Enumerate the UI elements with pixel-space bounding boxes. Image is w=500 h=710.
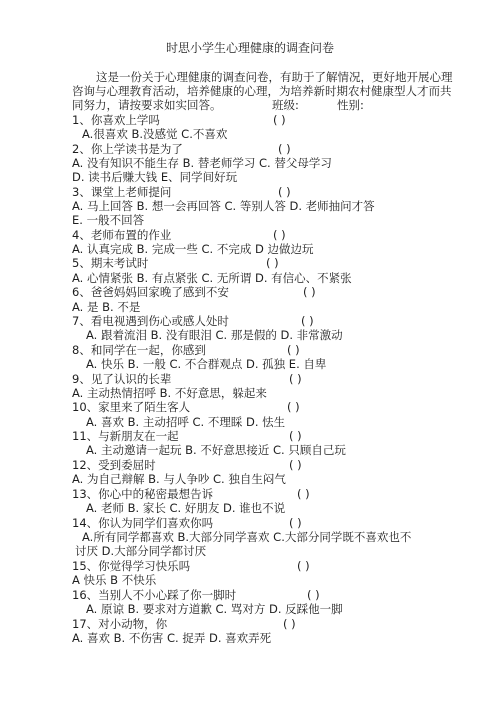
question-17: 17、对小动物，你 ( ): [72, 617, 167, 631]
question-text: 10、家里来了陌生客人: [72, 400, 190, 414]
question-14-options-2: 讨厌 D.大部分同学都讨厌: [75, 544, 206, 558]
question-7-options: A. 跟着流泪 B. 没有眼泪 C. 那是假的 D. 非常激动: [86, 328, 343, 342]
document-title: 时思小学生心理健康的调查问卷: [0, 40, 500, 56]
question-6: 6、爸爸妈妈回家晚了感到不安 ( ): [72, 285, 229, 299]
question-3-options-1: A. 马上回答 B. 想一会再回答 C. 等别人答 D. 老师抽问才答: [72, 199, 375, 213]
question-text: 17、对小动物，你: [72, 617, 167, 631]
answer-blank: ( ): [273, 113, 286, 127]
question-text: 7、看电视遇到伤心或感人处时: [72, 314, 229, 328]
question-text: 5、期末考试时: [72, 256, 148, 270]
answer-blank: ( ): [297, 559, 310, 573]
question-text: 13、你心中的秘密最想告诉: [72, 487, 213, 501]
intro-line-3: 同努力，请按要求如实回答。 班级: 性别:: [72, 98, 222, 112]
intro-line-3-text: 同努力，请按要求如实回答。: [72, 98, 222, 112]
question-7: 7、看电视遇到伤心或感人处时 ( ): [72, 314, 229, 328]
question-16: 16、当别人不小心踩了你一脚时 ( ): [72, 588, 236, 602]
answer-blank: ( ): [266, 256, 279, 270]
question-16-options: A. 原谅 B. 要求对方道歉 C. 骂对方 D. 反踩他一脚: [86, 602, 343, 616]
question-text: 4、老师布置的作业: [72, 228, 171, 242]
answer-blank: ( ): [307, 588, 320, 602]
questionnaire-page: 时思小学生心理健康的调查问卷 这是一份关于心理健康的调查问卷，有助于了解情况，更…: [0, 0, 500, 710]
question-15-options: A 快乐 B 不快乐: [72, 573, 156, 587]
question-9-options: A. 主动热情招呼 B. 不好意思，躲起来: [72, 386, 267, 400]
answer-blank: ( ): [273, 228, 286, 242]
question-8: 8、和同学在一起，你感到 ( ): [72, 343, 206, 357]
question-12: 12、受到委屈时 ( ): [72, 458, 156, 472]
question-8-options: A. 快乐 B. 一般 C. 不合群观点 D. 孤独 E. 自卑: [86, 357, 326, 371]
question-4-options: A. 认真完成 B. 完成一些 C. 不完成 D 边做边玩: [72, 242, 314, 256]
answer-blank: ( ): [289, 458, 302, 472]
question-text: 1、你喜欢上学吗: [72, 113, 160, 127]
question-text: 2、你上学读书是为了: [72, 142, 183, 156]
answer-blank: ( ): [287, 400, 300, 414]
question-text: 8、和同学在一起，你感到: [72, 343, 206, 357]
question-14-options-1: A.所有同学都喜欢 B.大部分同学喜欢 C.大部分同学既不喜欢也不: [82, 530, 411, 544]
question-17-options: A. 喜欢 B. 不伤害 C. 捉弄 D. 喜欢弄死: [72, 631, 271, 645]
answer-blank: ( ): [278, 142, 291, 156]
question-text: 6、爸爸妈妈回家晚了感到不安: [72, 285, 229, 299]
question-10: 10、家里来了陌生客人 ( ): [72, 400, 190, 414]
class-label: 班级:: [272, 98, 299, 112]
question-11-options: A. 主动邀请一起玩 B. 不好意思接近 C. 只顾自己玩: [86, 443, 346, 457]
answer-blank: ( ): [289, 429, 302, 443]
answer-blank: ( ): [301, 314, 314, 328]
question-12-options: A. 为自己辩解 B. 与人争吵 C. 独自生闷气: [72, 472, 286, 486]
question-text: 14、你认为同学们喜欢你吗: [72, 516, 213, 530]
intro-line-2: 咨询与心理教育活动，培养健康的心理，为培养新时期农村健康型人才而共: [72, 84, 452, 98]
gender-label: 性别:: [337, 98, 364, 112]
question-11: 11、与新朋友在一起 ( ): [72, 429, 179, 443]
question-10-options: A. 喜欢 B. 主动招呼 C. 不理睬 D. 怯生: [86, 415, 285, 429]
question-2-options-2: D. 读书后赚大钱 E、同学间好玩: [72, 170, 237, 184]
answer-blank: ( ): [287, 343, 300, 357]
question-6-options: A. 是 B. 不是: [72, 300, 140, 314]
question-5: 5、期末考试时 ( ): [72, 256, 148, 270]
answer-blank: ( ): [289, 516, 302, 530]
question-9: 9、见了认识的长辈 ( ): [72, 372, 171, 386]
intro-line-1: 这是一份关于心理健康的调查问卷，有助于了解情况，更好地开展心理: [96, 70, 453, 84]
answer-blank: ( ): [297, 487, 310, 501]
answer-blank: ( ): [283, 617, 296, 631]
question-text: 15、你觉得学习快乐吗: [72, 559, 190, 573]
question-text: 3、课堂上老师提问: [72, 185, 171, 199]
question-13-options: A. 老师 B. 家长 C. 好朋友 D. 谁也不说: [86, 501, 285, 515]
answer-blank: ( ): [278, 185, 291, 199]
question-14: 14、你认为同学们喜欢你吗 ( ): [72, 516, 213, 530]
answer-blank: ( ): [289, 372, 302, 386]
question-2-options-1: A. 没有知识不能生存 B. 替老师学习 C. 替父母学习: [72, 156, 332, 170]
question-3-options-2: E. 一般不回答: [72, 213, 144, 227]
question-3: 3、课堂上老师提问 ( ): [72, 185, 171, 199]
answer-blank: ( ): [303, 285, 316, 299]
question-2: 2、你上学读书是为了 ( ): [72, 142, 183, 156]
question-text: 11、与新朋友在一起: [72, 429, 179, 443]
question-5-options: A. 心情紧张 B. 有点紧张 C. 无所谓 D. 有信心、不紧张: [72, 271, 352, 285]
question-1-options: A.很喜欢 B.没感觉 C.不喜欢: [82, 127, 227, 141]
question-4: 4、老师布置的作业 ( ): [72, 228, 171, 242]
question-15: 15、你觉得学习快乐吗 ( ): [72, 559, 190, 573]
question-13: 13、你心中的秘密最想告诉 ( ): [72, 487, 213, 501]
question-text: 12、受到委屈时: [72, 458, 156, 472]
question-text: 9、见了认识的长辈: [72, 372, 171, 386]
question-1: 1、你喜欢上学吗 ( ): [72, 113, 160, 127]
question-text: 16、当别人不小心踩了你一脚时: [72, 588, 236, 602]
